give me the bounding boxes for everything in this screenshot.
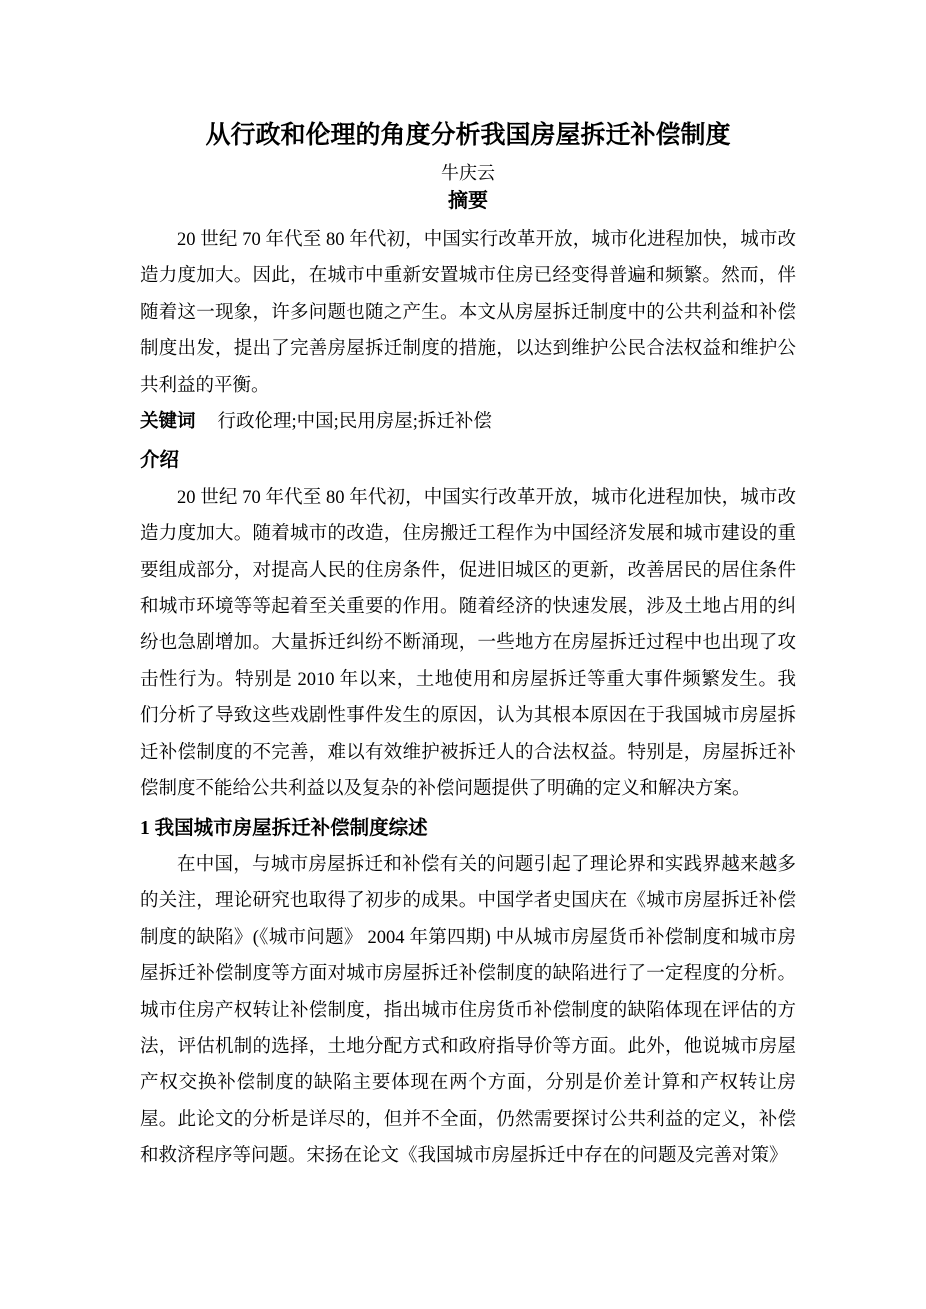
section1-heading: 1 我国城市房屋拆迁补偿制度综述: [140, 811, 796, 847]
keywords-content: 行政伦理;中国;民用房屋;拆迁补偿: [218, 412, 492, 432]
keywords-line: 关键词行政伦理;中国;民用房屋;拆迁补偿: [140, 404, 796, 440]
abstract-heading: 摘要: [140, 188, 796, 215]
paper-title: 从行政和伦理的角度分析我国房屋拆迁补偿制度: [140, 119, 796, 153]
document-page: 从行政和伦理的角度分析我国房屋拆迁补偿制度 牛庆云 摘要 20 世纪 70 年代…: [0, 0, 926, 1309]
intro-heading: 介绍: [140, 443, 796, 479]
abstract-paragraph: 20 世纪 70 年代至 80 年代初，中国实行改革开放，城市化进程加快，城市改…: [140, 222, 796, 404]
keywords-label: 关键词: [140, 412, 196, 432]
paper-author: 牛庆云: [140, 161, 796, 186]
intro-paragraph: 20 世纪 70 年代至 80 年代初，中国实行改革开放，城市化进程加快，城市改…: [140, 480, 796, 808]
section1-paragraph: 在中国，与城市房屋拆迁和补偿有关的问题引起了理论界和实践界越来越多的关注，理论研…: [140, 847, 796, 1175]
